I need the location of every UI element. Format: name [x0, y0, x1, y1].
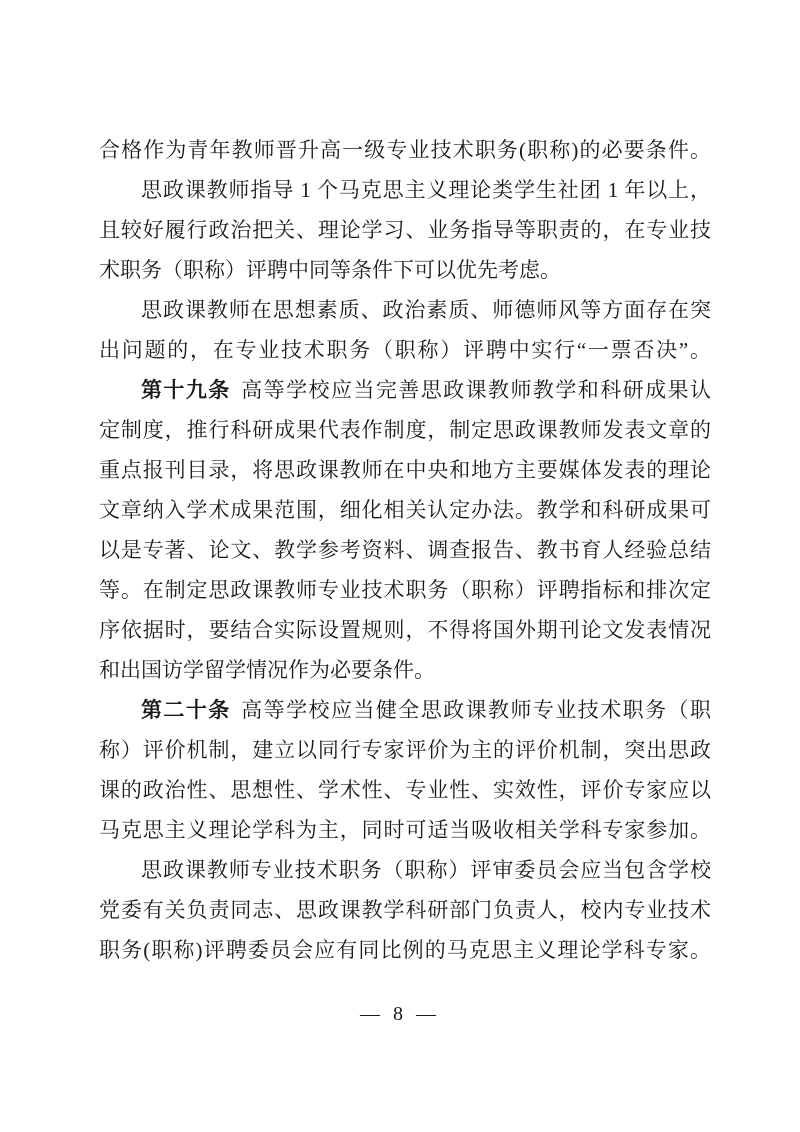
article-number: 第二十条: [141, 698, 231, 722]
text-line: 思政课教师在思想素质、政治素质、师德师风等方面存在突: [99, 290, 711, 330]
line-text: 职务(职称)评聘委员会应有同比例的马克思主义理论学科专家。: [99, 938, 711, 962]
page-number: — 8 —: [0, 1003, 800, 1026]
text-line: 重点报刊目录，将思政课教师在中央和地方主要媒体发表的理论: [99, 450, 711, 490]
line-text: 重点报刊目录，将思政课教师在中央和地方主要媒体发表的理论: [99, 458, 711, 482]
line-text: 文章纳入学术成果范围，细化相关认定办法。教学和科研成果可: [99, 498, 711, 522]
text-line: 思政课教师指导 1 个马克思主义理论类学生社团 1 年以上，: [99, 170, 711, 210]
line-text: 课的政治性、思想性、学术性、专业性、实效性，评价专家应以: [99, 778, 711, 802]
line-text: 序依据时，要结合实际设置规则，不得将国外期刊论文发表情况: [99, 618, 711, 642]
text-line: 术职务（职称）评聘中同等条件下可以优先考虑。: [99, 250, 711, 290]
document-body: 合格作为青年教师晋升高一级专业技术职务(职称)的必要条件。思政课教师指导 1 个…: [99, 130, 711, 970]
text-line: 出问题的，在专业技术职务（职称）评聘中实行“一票否决”。: [99, 330, 711, 370]
text-line: 合格作为青年教师晋升高一级专业技术职务(职称)的必要条件。: [99, 130, 711, 170]
line-text: 定制度，推行科研成果代表作制度，制定思政课教师发表文章的: [99, 418, 711, 442]
text-line: 序依据时，要结合实际设置规则，不得将国外期刊论文发表情况: [99, 610, 711, 650]
text-line: 第二十条高等学校应当健全思政课教师专业技术职务（职: [99, 690, 711, 730]
text-line: 定制度，推行科研成果代表作制度，制定思政课教师发表文章的: [99, 410, 711, 450]
text-line: 第十九条高等学校应当完善思政课教师教学和科研成果认: [99, 370, 711, 410]
line-text: 思政课教师指导 1 个马克思主义理论类学生社团 1 年以上，: [141, 178, 711, 202]
text-line: 马克思主义理论学科为主，同时可适当吸收相关学科专家参加。: [99, 810, 711, 850]
line-text: 术职务（职称）评聘中同等条件下可以优先考虑。: [99, 258, 561, 282]
text-line: 党委有关负责同志、思政课教学科研部门负责人，校内专业技术: [99, 890, 711, 930]
line-text: 出问题的，在专业技术职务（职称）评聘中实行“一票否决”。: [99, 338, 711, 362]
line-text: 马克思主义理论学科为主，同时可适当吸收相关学科专家参加。: [99, 818, 711, 842]
line-text: 和出国访学留学情况作为必要条件。: [99, 658, 435, 682]
line-text: 等。在制定思政课教师专业技术职务（职称）评聘指标和排次定: [99, 578, 711, 602]
text-line: 文章纳入学术成果范围，细化相关认定办法。教学和科研成果可: [99, 490, 711, 530]
line-text: 高等学校应当健全思政课教师专业技术职务（职: [241, 698, 711, 722]
text-line: 思政课教师专业技术职务（职称）评审委员会应当包含学校: [99, 850, 711, 890]
line-text: 思政课教师专业技术职务（职称）评审委员会应当包含学校: [141, 858, 711, 882]
article-number: 第十九条: [141, 378, 231, 402]
text-line: 且较好履行政治把关、理论学习、业务指导等职责的，在专业技: [99, 210, 711, 250]
line-text: 以是专著、论文、教学参考资料、调查报告、教书育人经验总结: [99, 538, 711, 562]
line-text: 合格作为青年教师晋升高一级专业技术职务(职称)的必要条件。: [99, 138, 711, 162]
text-line: 等。在制定思政课教师专业技术职务（职称）评聘指标和排次定: [99, 570, 711, 610]
text-line: 课的政治性、思想性、学术性、专业性、实效性，评价专家应以: [99, 770, 711, 810]
document-page: 合格作为青年教师晋升高一级专业技术职务(职称)的必要条件。思政课教师指导 1 个…: [0, 0, 800, 1132]
line-text: 称）评价机制，建立以同行专家评价为主的评价机制，突出思政: [99, 738, 711, 762]
text-line: 称）评价机制，建立以同行专家评价为主的评价机制，突出思政: [99, 730, 711, 770]
text-line: 以是专著、论文、教学参考资料、调查报告、教书育人经验总结: [99, 530, 711, 570]
text-line: 职务(职称)评聘委员会应有同比例的马克思主义理论学科专家。: [99, 930, 711, 970]
line-text: 党委有关负责同志、思政课教学科研部门负责人，校内专业技术: [99, 898, 711, 922]
text-line: 和出国访学留学情况作为必要条件。: [99, 650, 711, 690]
line-text: 思政课教师在思想素质、政治素质、师德师风等方面存在突: [141, 298, 711, 322]
line-text: 高等学校应当完善思政课教师教学和科研成果认: [241, 378, 711, 402]
line-text: 且较好履行政治把关、理论学习、业务指导等职责的，在专业技: [99, 218, 711, 242]
